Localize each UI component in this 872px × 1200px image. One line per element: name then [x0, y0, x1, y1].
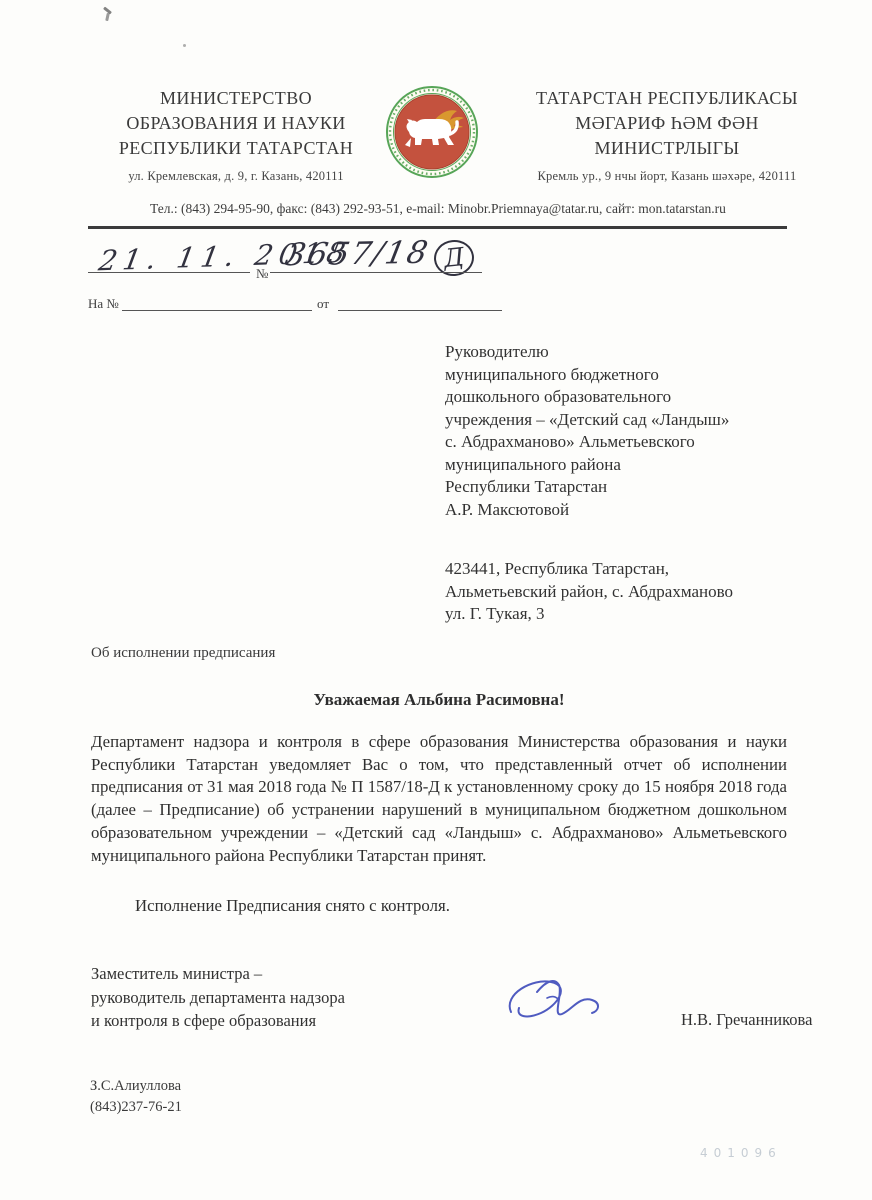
- signatory-name: Н.В. Гречанникова: [681, 1010, 812, 1030]
- reply-na-label: На №: [88, 296, 119, 312]
- ministry-tt-line1: ТАТАРСТАН РЕСПУБЛИКАСЫ: [492, 86, 842, 111]
- body-paragraph-2: Исполнение Предписания снято с контроля.: [91, 895, 787, 918]
- recipient-address-line: ул. Г. Тукая, 3: [445, 603, 805, 626]
- tatarstan-coat-of-arms-icon: [384, 84, 480, 180]
- handwritten-signature-icon: [495, 972, 630, 1034]
- ministry-name-tatar: ТАТАРСТАН РЕСПУБЛИКАСЫ МӘГАРИФ ҺӘМ ФӘН М…: [492, 86, 842, 161]
- position-line: руководитель департамента надзора: [91, 986, 451, 1010]
- reply-ot-label: от: [317, 296, 329, 312]
- ministry-tt-line3: МИНИСТРЛЫГЫ: [492, 136, 842, 161]
- contact-line: Тел.: (843) 294-95-90, факс: (843) 292-9…: [88, 201, 788, 217]
- handwritten-letter-circled: Д: [428, 240, 474, 276]
- recipient-address-block: 423441, Республика Татарстан, Альметьевс…: [445, 558, 805, 626]
- scan-artifact: [105, 13, 110, 21]
- body-paragraph-1: Департамент надзора и контроля в сфере о…: [91, 731, 787, 867]
- recipient-line: А.Р. Максютовой: [445, 499, 805, 522]
- recipient-line: муниципального бюджетного: [445, 364, 805, 387]
- scanned-letter-page: МИНИСТЕРСТВО ОБРАЗОВАНИЯ И НАУКИ РЕСПУБЛ…: [0, 0, 872, 1200]
- ministry-ru-line2: ОБРАЗОВАНИЯ И НАУКИ: [88, 111, 384, 136]
- signatory-position: Заместитель министра – руководитель депа…: [91, 962, 451, 1033]
- reply-number-underline: [122, 296, 312, 311]
- number-underline: [270, 272, 482, 273]
- ministry-name-russian: МИНИСТЕРСТВО ОБРАЗОВАНИЯ И НАУКИ РЕСПУБЛ…: [88, 86, 384, 161]
- recipient-address-line: Альметьевский район, с. Абдрахманово: [445, 581, 805, 604]
- recipient-line: учреждения – «Детский сад «Ландыш»: [445, 409, 805, 432]
- salutation: Уважаемая Альбина Расимовна!: [91, 690, 787, 710]
- recipient-line: муниципального района: [445, 454, 805, 477]
- recipient-block: Руководителю муниципального бюджетного д…: [445, 341, 805, 521]
- number-sign-label: №: [256, 266, 268, 282]
- ministry-tt-line2: МӘГАРИФ ҺӘМ ФӘН: [492, 111, 842, 136]
- recipient-line: с. Абдрахманово» Альметьевского: [445, 431, 805, 454]
- date-underline: [88, 272, 250, 273]
- subject-line: Об исполнении предписания: [91, 645, 275, 662]
- position-line: Заместитель министра –: [91, 962, 451, 986]
- recipient-address-line: 423441, Республика Татарстан,: [445, 558, 805, 581]
- ministry-ru-address: ул. Кремлевская, д. 9, г. Казань, 420111: [88, 169, 384, 184]
- faint-stamp-digits: 401096: [700, 1146, 782, 1160]
- recipient-line: Республики Татарстан: [445, 476, 805, 499]
- ministry-ru-line1: МИНИСТЕРСТВО: [88, 86, 384, 111]
- ministry-tt-address: Кремль ур., 9 нчы йорт, Казань шәхәре, 4…: [492, 169, 842, 184]
- scan-artifact: [183, 44, 186, 47]
- position-line: и контроля в сфере образования: [91, 1009, 451, 1033]
- executor-name: З.С.Алиуллова: [90, 1076, 182, 1097]
- executor-phone: (843)237-76-21: [90, 1097, 182, 1118]
- handwritten-number: 3657/18: [282, 235, 432, 273]
- reply-date-underline: [338, 296, 502, 311]
- recipient-line: дошкольного образовательного: [445, 386, 805, 409]
- ministry-ru-line3: РЕСПУБЛИКИ ТАТАРСТАН: [88, 136, 384, 161]
- executor-block: З.С.Алиуллова (843)237-76-21: [90, 1076, 182, 1118]
- recipient-line: Руководителю: [445, 341, 805, 364]
- header-divider-rule: [88, 226, 787, 229]
